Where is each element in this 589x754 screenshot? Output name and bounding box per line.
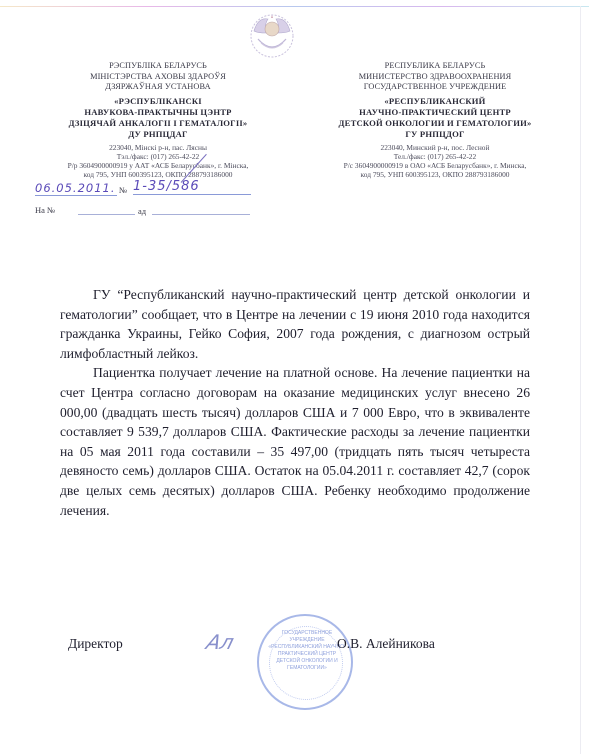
registration-number: 1-35/586 bbox=[133, 179, 251, 195]
institution-type-ru: ГОСУДАРСТВЕННОЕ УЧРЕЖДЕНИЕ bbox=[306, 82, 564, 93]
country-by: РЭСПУБЛІКА БЕЛАРУСЬ bbox=[30, 61, 286, 72]
letter-body: ГУ “Республиканский научно-практический … bbox=[60, 285, 530, 520]
reference-number-blank bbox=[78, 214, 135, 215]
registration-date: 06.05.2011. bbox=[35, 181, 117, 196]
letterhead-russian: РЕСПУБЛИКА БЕЛАРУСЬ МИНИСТЕРСТВО ЗДРАВОО… bbox=[306, 61, 564, 179]
paragraph-2: Пациентка получает лечение на платной ос… bbox=[60, 363, 530, 520]
org-abbr-ru: ГУ РНПЦДОГ bbox=[306, 129, 564, 140]
bank-ru: Р/с 3604900000919 в ОАО «АСБ Беларусбанк… bbox=[306, 161, 564, 170]
letterhead-belarusian: РЭСПУБЛІКА БЕЛАРУСЬ МІНІСТЭРСТВА АХОВЫ З… bbox=[30, 61, 286, 179]
ministry-by: МІНІСТЭРСТВА АХОВЫ ЗДАРОЎЯ bbox=[30, 72, 286, 83]
reference-date-blank bbox=[152, 214, 250, 215]
scan-right-edge bbox=[580, 6, 581, 754]
org-name-by-3: ДЗІЦЯЧАЙ АНКАЛОГІІ І ГЕМАТАЛОГІІ» bbox=[30, 118, 286, 129]
org-name-by-1: «РЭСПУБЛІКАНСКІ bbox=[30, 96, 286, 107]
ministry-ru: МИНИСТЕРСТВО ЗДРАВООХРАНЕНИЯ bbox=[306, 72, 564, 83]
bank-by: Р/р 3604900000919 у ААТ «АСБ Беларусбанк… bbox=[30, 161, 286, 170]
codes-ru: код 795, УНП 600395123, ОКПО 28879318600… bbox=[306, 170, 564, 179]
address-by: 223040, Мінскі р-н, пас. Лясны bbox=[30, 143, 286, 152]
scan-top-edge bbox=[0, 6, 589, 7]
org-name-ru-2: НАУЧНО-ПРАКТИЧЕСКИЙ ЦЕНТР bbox=[306, 107, 564, 118]
registration-number-label: № bbox=[119, 185, 127, 195]
institution-type-by: ДЗЯРЖАЎНАЯ УСТАНОВА bbox=[30, 82, 286, 93]
coat-of-arms-icon bbox=[248, 11, 296, 59]
signatory-name: О.В. Алейникова bbox=[337, 636, 435, 652]
official-stamp: ГОСУДАРСТВЕННОЕ УЧРЕЖДЕНИЕ «РЕСПУБЛИКАНС… bbox=[257, 614, 353, 710]
paragraph-1: ГУ “Республиканский научно-практический … bbox=[60, 285, 530, 363]
phone-ru: Тел./факс: (017) 265-42-22 bbox=[306, 152, 564, 161]
address-ru: 223040, Минский р-н, пос. Лесной bbox=[306, 143, 564, 152]
org-name-by-2: НАВУКОВА-ПРАКТЫЧНЫ ЦЭНТР bbox=[30, 107, 286, 118]
reference-number-label: На № bbox=[35, 205, 55, 215]
org-name-ru-3: ДЕТСКОЙ ОНКОЛОГИИ И ГЕМАТОЛОГИИ» bbox=[306, 118, 564, 129]
org-abbr-by: ДУ РНПЦДАГ bbox=[30, 129, 286, 140]
signatory-title: Директор bbox=[68, 636, 123, 652]
handwritten-signature: Ал bbox=[204, 630, 237, 654]
stamp-text: ГОСУДАРСТВЕННОЕ УЧРЕЖДЕНИЕ «РЕСПУБЛИКАНС… bbox=[267, 630, 347, 672]
org-name-ru-1: «РЕСПУБЛИКАНСКИЙ bbox=[306, 96, 564, 107]
codes-by: код 795, УНП 600395123, ОКПО 28879318600… bbox=[30, 170, 286, 179]
phone-by: Тэл./факс: (017) 265-42-22 bbox=[30, 152, 286, 161]
reference-date-label: ад bbox=[138, 206, 146, 216]
country-ru: РЕСПУБЛИКА БЕЛАРУСЬ bbox=[306, 61, 564, 72]
